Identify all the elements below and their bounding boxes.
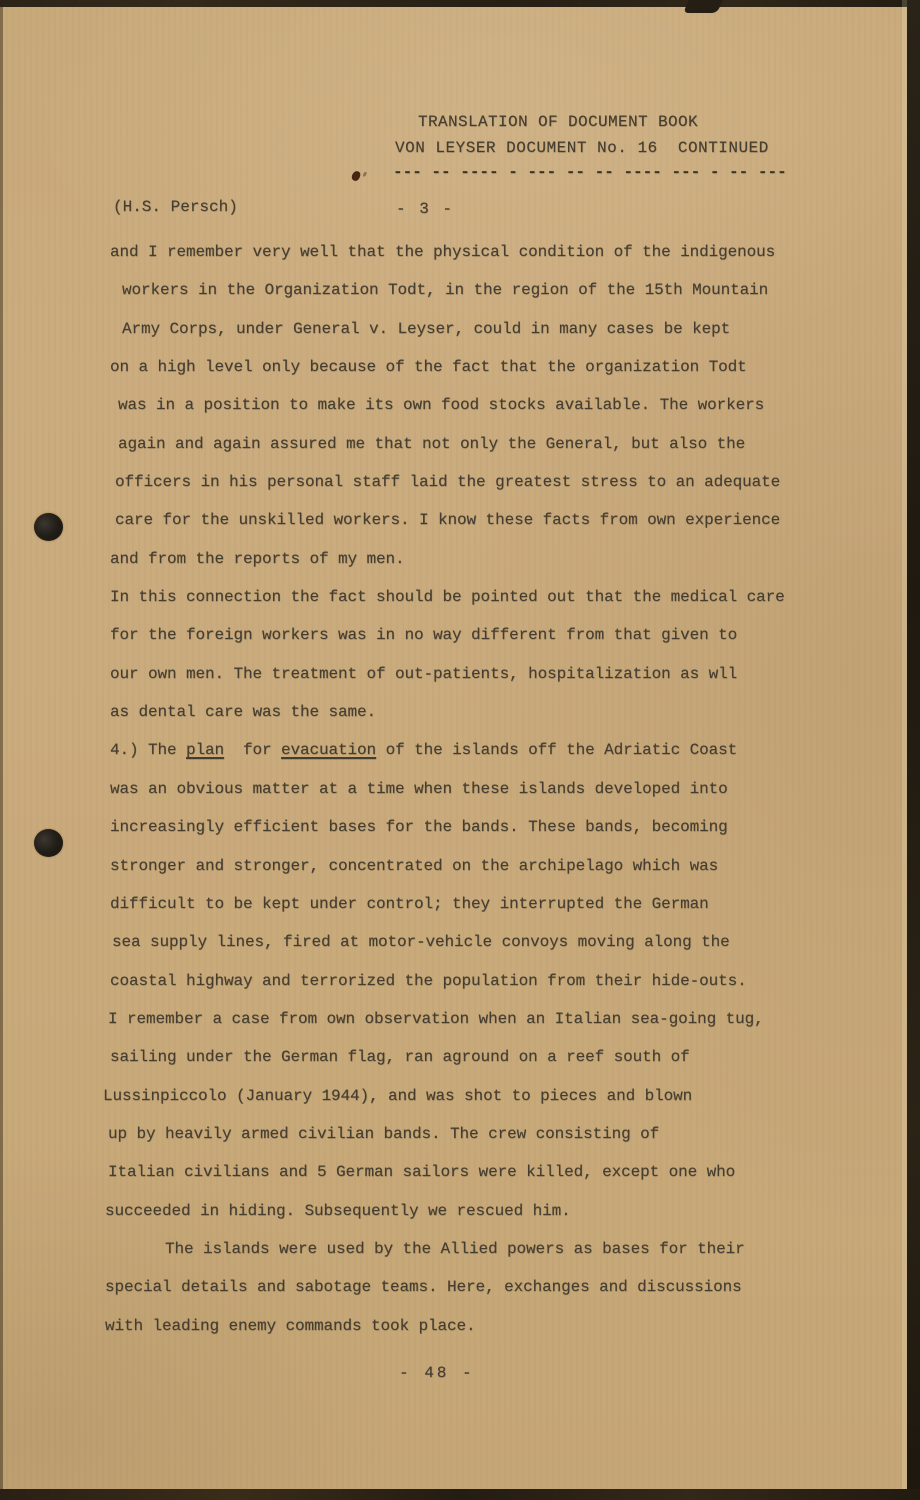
body-text-segment: of the islands off the Adriatic Coast [376, 741, 737, 759]
header-line-2: VON LEYSER DOCUMENT No. 16 CONTINUED [395, 139, 769, 157]
page-marker: - 3 - [396, 200, 454, 218]
body-line: Italian civilians and 5 German sailors w… [0, 1153, 920, 1191]
body-line: sea supply lines, fired at motor-vehicle… [0, 923, 920, 961]
body-line: coastal highway and terrorized the popul… [0, 962, 920, 1000]
scan-edge-top [0, 0, 920, 7]
body-line: was an obvious matter at a time when the… [0, 770, 920, 808]
body-line: increasingly efficient bases for the ban… [0, 808, 920, 846]
body-line: sailing under the German flag, ran agrou… [0, 1038, 920, 1076]
body-line: In this connection the fact should be po… [0, 578, 920, 616]
body-text-segment: for [224, 741, 281, 759]
ink-spot [351, 170, 361, 182]
header-dashed-rule: --- -- ---- - --- -- -- ---- --- - -- --… [393, 163, 787, 181]
body-line: was in a position to make its own food s… [0, 386, 920, 424]
body-line: our own men. The treatment of out-patien… [0, 655, 920, 693]
body-line: Lussinpiccolo (January 1944), and was sh… [0, 1077, 920, 1115]
body-line: care for the unskilled workers. I know t… [0, 501, 920, 539]
body-line: and I remember very well that the physic… [0, 233, 920, 271]
body-line: difficult to be kept under control; they… [0, 885, 920, 923]
body-line: on a high level only because of the fact… [0, 348, 920, 386]
underlined-text: plan [186, 741, 224, 759]
body-line: workers in the Organization Todt, in the… [0, 271, 920, 309]
body-line: as dental care was the same. [0, 693, 920, 731]
body-line: The islands were used by the Allied powe… [0, 1230, 920, 1268]
body-line: up by heavily armed civilian bands. The … [0, 1115, 920, 1153]
scan-edge-bottom [0, 1489, 920, 1500]
author-name: (H.S. Persch) [113, 198, 238, 216]
body-line: I remember a case from own observation w… [0, 1000, 920, 1038]
body-line: succeeded in hiding. Subsequently we res… [0, 1192, 920, 1230]
body-line: officers in his personal staff laid the … [0, 463, 920, 501]
body-line: for the foreign workers was in no way di… [0, 616, 920, 654]
body-line: with leading enemy commands took place. [0, 1307, 920, 1345]
body-line: stronger and stronger, concentrated on t… [0, 847, 920, 885]
body-text-segment: 4.) The [110, 741, 186, 759]
body-line: 4.) The plan for evacuation of the islan… [0, 731, 920, 769]
body-line: special details and sabotage teams. Here… [0, 1268, 920, 1306]
document-body: and I remember very well that the physic… [0, 233, 920, 1345]
body-line: and from the reports of my men. [0, 540, 920, 578]
scanned-document-page: { "page": { "paper_color": "#c9aa7c", "i… [0, 0, 920, 1500]
underlined-text: evacuation [281, 741, 376, 759]
header-line-1: TRANSLATION OF DOCUMENT BOOK [418, 113, 698, 131]
body-line: Army Corps, under General v. Leyser, cou… [0, 310, 920, 348]
scan-edge-top-blob [683, 0, 723, 13]
page-number: - 48 - [399, 1364, 475, 1382]
body-line: again and again assured me that not only… [0, 425, 920, 463]
